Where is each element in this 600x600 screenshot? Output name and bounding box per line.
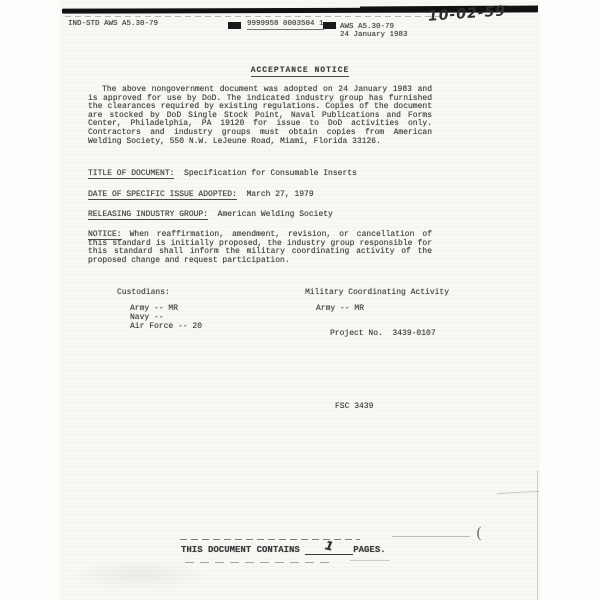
field-title-of-document: TITLE OF DOCUMENT: Specification for Con… <box>88 170 357 179</box>
handwritten-page-count: 1 <box>324 538 335 553</box>
acceptance-paragraph: The above nongovernment document was ado… <box>88 86 432 146</box>
field-releasing-group: RELEASING INDUSTRY GROUP: American Weldi… <box>88 211 333 220</box>
scan-line-artifact <box>392 536 470 537</box>
notice-paragraph: NOTICE: When reaffirmation, amendment, r… <box>88 231 432 265</box>
custodian-air-force: Air Force -- 20 <box>130 323 202 332</box>
field-value: American Welding Society <box>218 210 333 219</box>
coordinating-activity-heading: Military Coordinating Activity <box>305 289 449 298</box>
field-label: DATE OF SPECIFIC ISSUE ADOPTED: <box>88 190 237 200</box>
custodians-heading: Custodians: <box>117 289 170 298</box>
page-title: ACCEPTANCE NOTICE <box>0 66 600 75</box>
field-spacer <box>174 169 184 178</box>
field-spacer <box>208 210 218 219</box>
field-date-adopted: DATE OF SPECIFIC ISSUE ADOPTED: March 27… <box>88 191 314 200</box>
header-left-code: IND-STD AWS A5.30-79 <box>68 20 158 29</box>
fsc-code: FSC 3439 <box>335 403 373 412</box>
header-date: 24 January 1983 <box>340 31 408 40</box>
barcode-block-icon <box>323 22 336 29</box>
paren-mark-artifact: ( <box>476 524 482 542</box>
field-label: RELEASING INDUSTRY GROUP: <box>88 210 208 220</box>
stamp-underline-artifact <box>185 562 335 563</box>
field-value: Specification for Consumable Inserts <box>184 169 357 178</box>
field-value: March 27, 1979 <box>246 190 313 199</box>
field-label: TITLE OF DOCUMENT: <box>88 169 174 179</box>
barcode-block-icon <box>228 22 241 29</box>
header-stock-number: 9999958 0003504 1 <box>247 20 324 30</box>
project-number: Project No. 3439-0107 <box>330 330 436 339</box>
stamp-text-after: PAGES. <box>353 545 385 555</box>
page-count-blank: 1 <box>305 545 353 555</box>
field-spacer <box>237 190 247 199</box>
scan-smudge <box>70 560 210 590</box>
notice-text: When reaffirmation, amendment, revision,… <box>88 230 432 265</box>
scan-thin-line <box>65 16 440 17</box>
scanned-document: IND-STD AWS A5.30-79 9999958 0003504 1 A… <box>0 0 600 600</box>
stamp-text-before: THIS DOCUMENT CONTAINS <box>181 545 300 555</box>
scan-edge-artifact <box>537 470 538 600</box>
coordinating-custodian: Army -- MR <box>316 305 364 314</box>
stamp-underline-artifact-2 <box>350 560 390 561</box>
page-count-stamp: THIS DOCUMENT CONTAINS 1PAGES. <box>181 545 386 555</box>
